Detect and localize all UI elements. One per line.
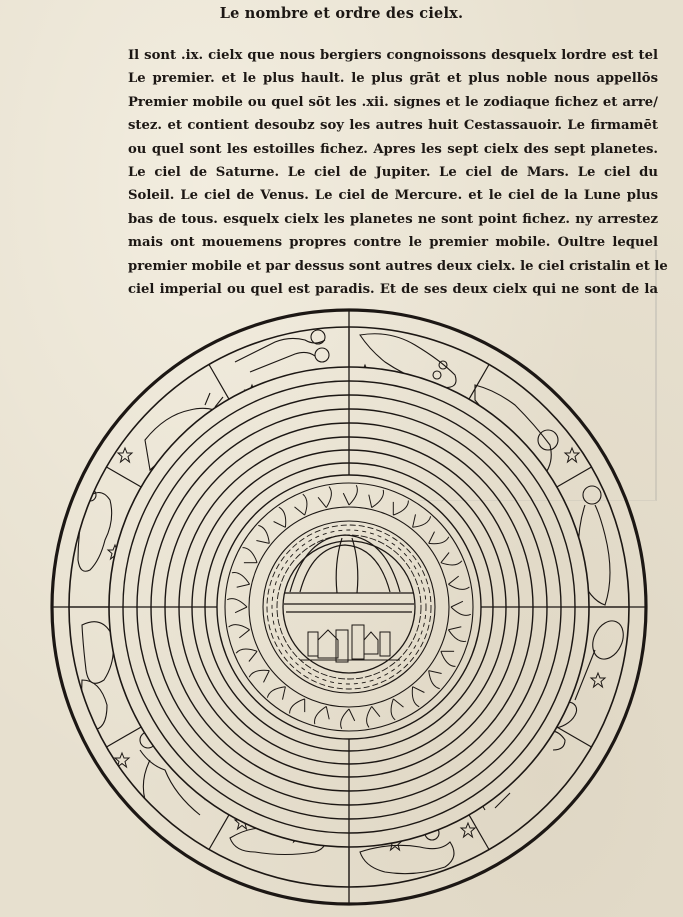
walled-city bbox=[300, 625, 400, 662]
air-ring bbox=[249, 507, 449, 707]
taurus-figure bbox=[118, 393, 225, 470]
quadrant-lines bbox=[52, 310, 646, 904]
water-waves bbox=[267, 525, 431, 689]
pisces-figure bbox=[82, 622, 114, 730]
aquarius-figure bbox=[115, 732, 217, 815]
celestial-spheres-diagram: Gemini Taurus Aries Pisces Aquarius Capr… bbox=[0, 0, 683, 917]
zodiac-labels: Gemini Taurus Aries Pisces Aquarius Capr… bbox=[89, 345, 605, 858]
libra-figure bbox=[539, 616, 629, 734]
aries-figure bbox=[78, 489, 122, 571]
fire-foliage-ring bbox=[227, 485, 471, 729]
fire-ring-outer bbox=[225, 483, 473, 731]
water-ring-outer bbox=[263, 521, 435, 693]
globe-arches bbox=[284, 535, 414, 612]
parchment-page: Le nombre et ordre des cielx. Il sont .i… bbox=[0, 0, 683, 917]
virgo-figure bbox=[560, 486, 610, 605]
